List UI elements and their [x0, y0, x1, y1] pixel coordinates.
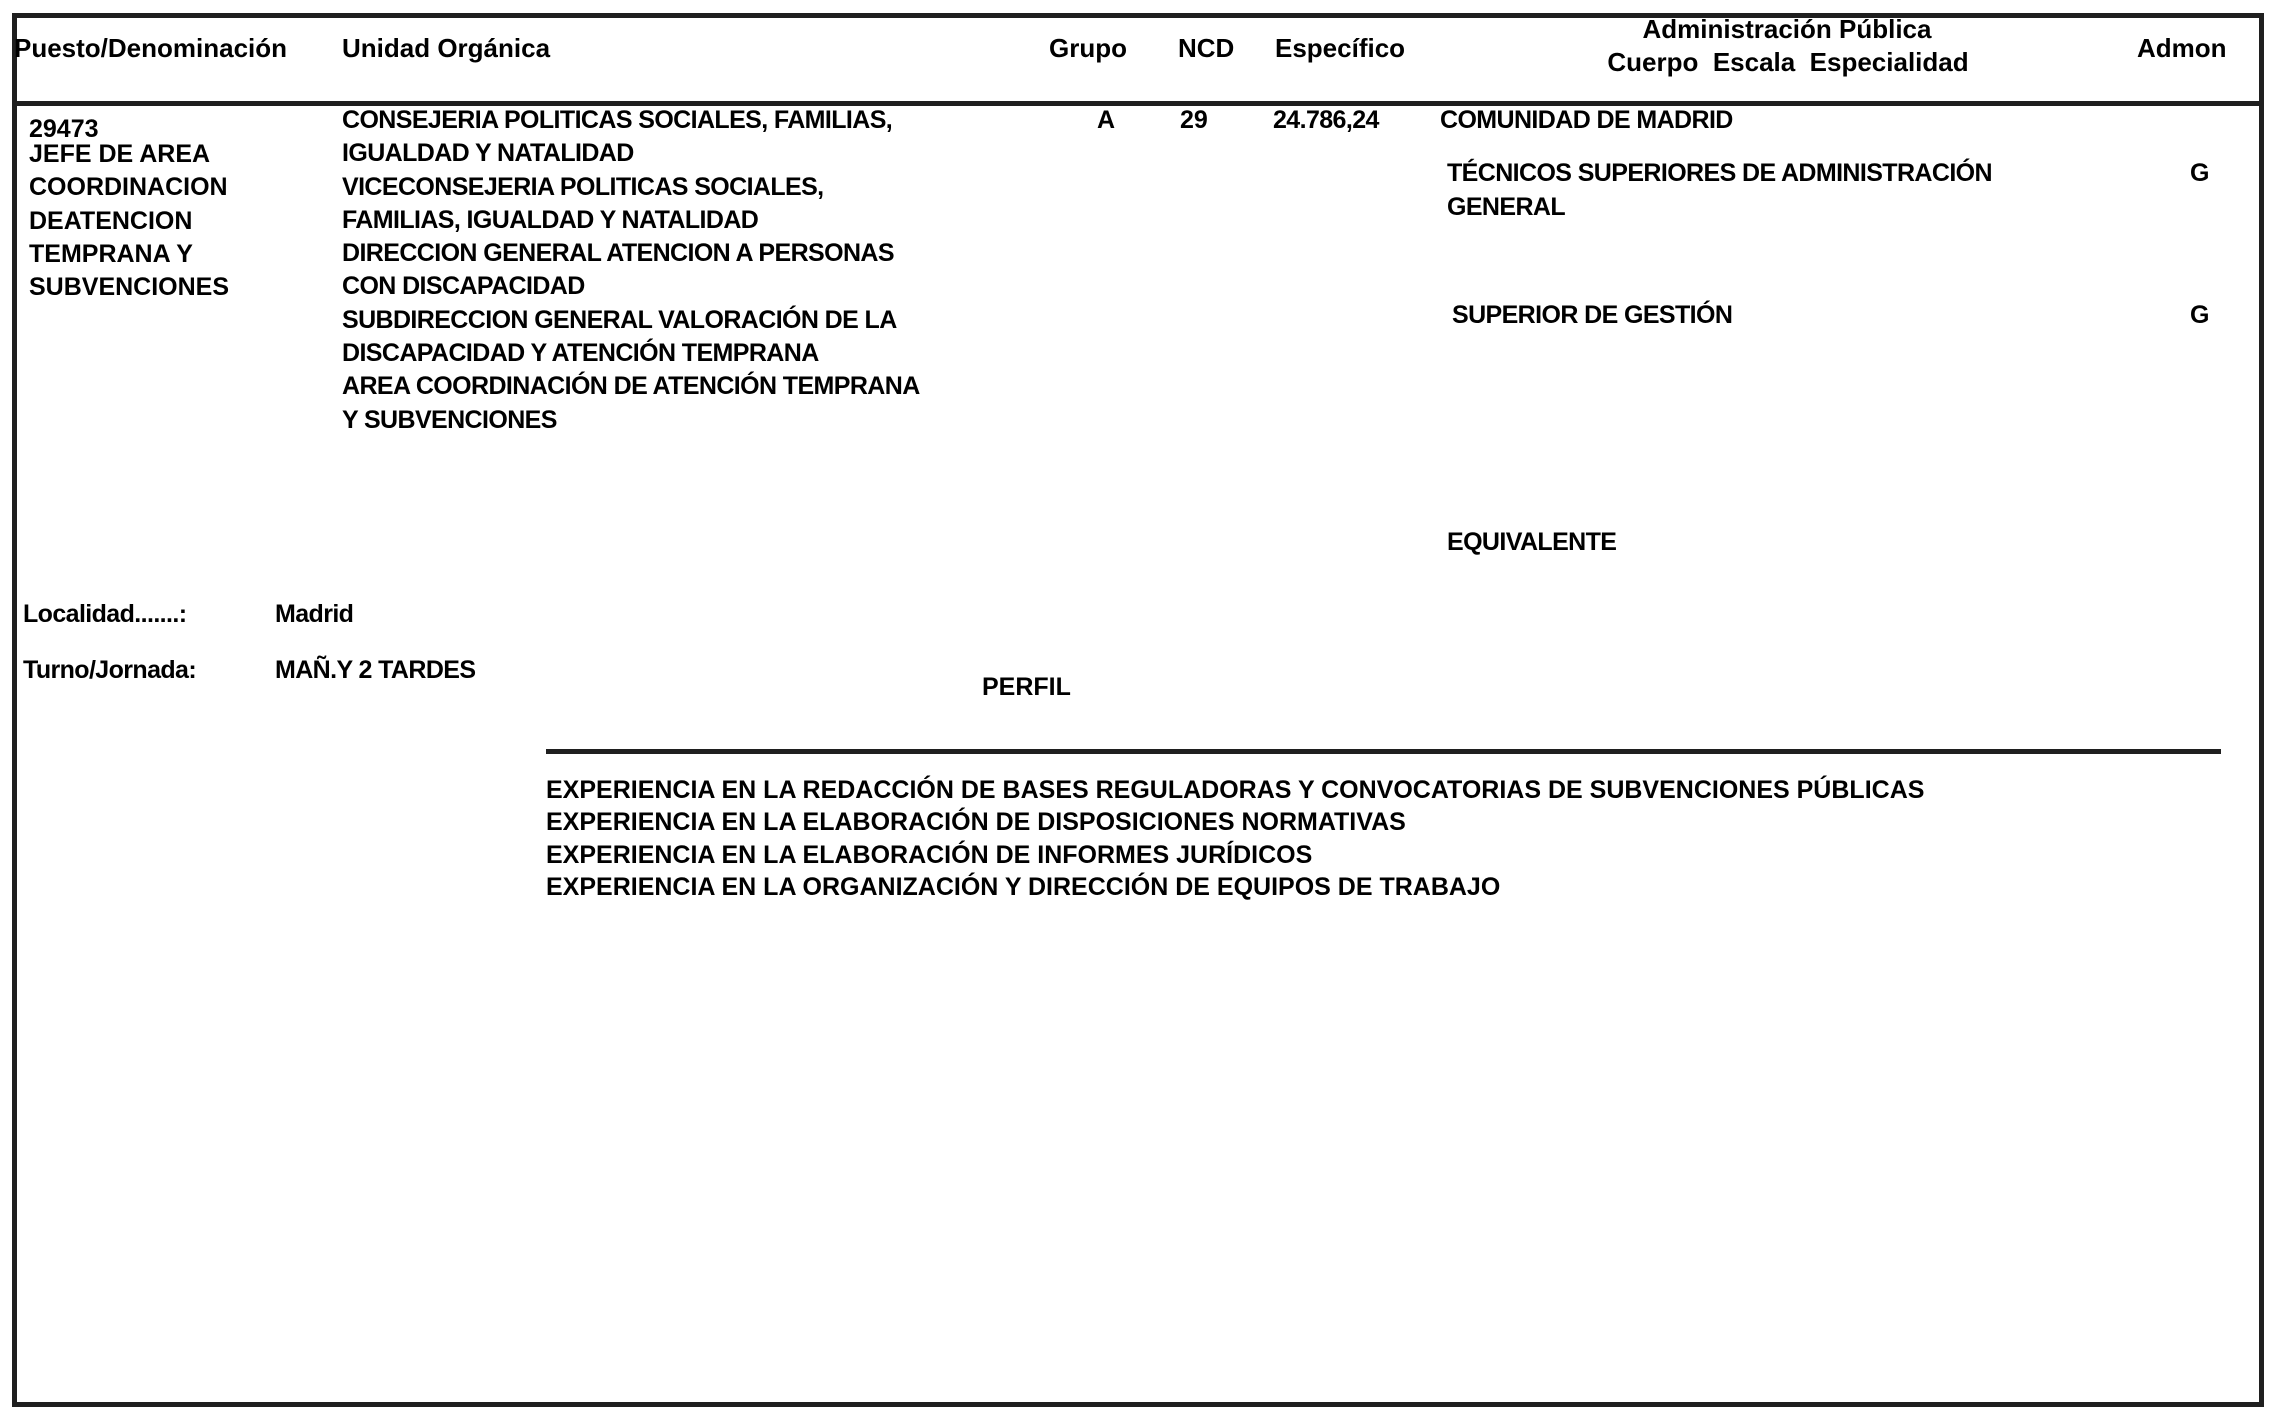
perfil-list: EXPERIENCIA EN LA REDACCIÓN DE BASES REG… [546, 774, 1924, 903]
unidad-line: SUBDIRECCION GENERAL VALORACIÓN DE LA [342, 304, 920, 337]
cuerpo-1-line-2: GENERAL [1447, 191, 1565, 224]
puesto-denominacion: JEFE DE AREA COORDINACION DEATENCION TEM… [29, 138, 229, 304]
puesto-line: JEFE DE AREA [29, 138, 229, 171]
header-grupo: Grupo [1049, 33, 1127, 63]
equivalente-label: EQUIVALENTE [1447, 526, 1616, 559]
header-especifico: Específico [1275, 33, 1405, 63]
perfil-item: EXPERIENCIA EN LA ORGANIZACIÓN Y DIRECCI… [546, 871, 1924, 903]
header-ncd: NCD [1178, 33, 1234, 63]
perfil-title: PERFIL [982, 671, 1071, 704]
unidad-line: AREA COORDINACIÓN DE ATENCIÓN TEMPRANA [342, 370, 920, 403]
puesto-line: COORDINACION [29, 171, 229, 204]
cuerpo-1-admon: G [2190, 157, 2209, 190]
unidad-line: DIRECCION GENERAL ATENCION A PERSONAS [342, 237, 920, 270]
ncd-value: 29 [1180, 104, 1208, 137]
cuerpo-1-line-1: TÉCNICOS SUPERIORES DE ADMINISTRACIÓN [1447, 157, 1992, 190]
especifico-value: 24.786,24 [1273, 104, 1379, 137]
puesto-line: TEMPRANA Y [29, 238, 229, 271]
perfil-item: EXPERIENCIA EN LA ELABORACIÓN DE INFORME… [546, 839, 1924, 871]
administracion-value: COMUNIDAD DE MADRID [1440, 104, 1733, 137]
header-puesto: Puesto/Denominación [14, 33, 287, 63]
unidad-organica: CONSEJERIA POLITICAS SOCIALES, FAMILIAS,… [342, 104, 920, 437]
localidad-value: Madrid [275, 598, 353, 631]
unidad-line: CONSEJERIA POLITICAS SOCIALES, FAMILIAS, [342, 104, 920, 137]
cuerpo-2-line-1: SUPERIOR DE GESTIÓN [1452, 299, 1732, 332]
header-administracion-publica: Administración Pública [1643, 14, 1932, 44]
turno-label: Turno/Jornada: [23, 654, 196, 687]
unidad-line: DISCAPACIDAD Y ATENCIÓN TEMPRANA [342, 337, 920, 370]
unidad-line: IGUALDAD Y NATALIDAD [342, 137, 920, 170]
unidad-line: CON DISCAPACIDAD [342, 270, 920, 303]
grupo-value: A [1097, 104, 1115, 137]
unidad-line: VICECONSEJERIA POLITICAS SOCIALES, [342, 171, 920, 204]
header-cuerpo-escala-especialidad: Cuerpo Escala Especialidad [1607, 47, 1968, 77]
puesto-line: DEATENCION [29, 205, 229, 238]
perfil-item: EXPERIENCIA EN LA REDACCIÓN DE BASES REG… [546, 774, 1924, 806]
perfil-item: EXPERIENCIA EN LA ELABORACIÓN DE DISPOSI… [546, 806, 1924, 838]
unidad-line: FAMILIAS, IGUALDAD Y NATALIDAD [342, 204, 920, 237]
turno-value: MAÑ.Y 2 TARDES [275, 654, 475, 687]
header-admon: Admon [2137, 33, 2227, 63]
perfil-divider [546, 749, 2221, 754]
localidad-label: Localidad.......: [23, 598, 186, 631]
header-unidad-organica: Unidad Orgánica [342, 33, 550, 63]
cuerpo-2-admon: G [2190, 299, 2209, 332]
puesto-line: SUBVENCIONES [29, 271, 229, 304]
unidad-line: Y SUBVENCIONES [342, 404, 920, 437]
